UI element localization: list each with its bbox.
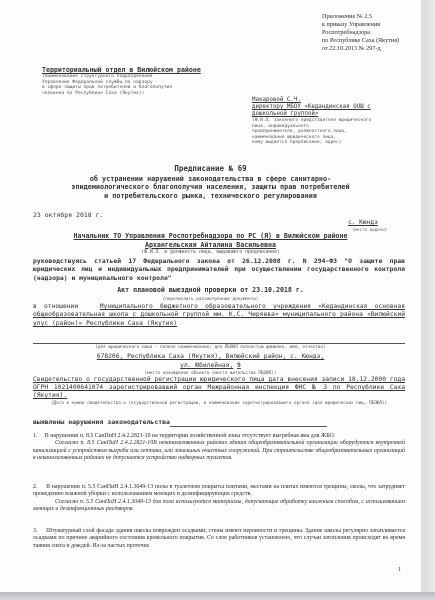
official-note: (Ф.И.О. и должность лица, выдавшего пред… [0, 250, 421, 255]
inspected-entity: в отношении Муниципального бюджетного об… [33, 303, 405, 328]
violation-item: 2. В нарушении п. 5.5 СанПиН 2.4.1.3049-… [33, 484, 405, 513]
recipient-name: Макаровой С.Ч. [252, 97, 371, 104]
document-subtitle: об устранении нарушений законодательства… [0, 175, 421, 200]
certificate-text: Свидетельство о государственной регистра… [33, 376, 405, 399]
recipient-position: директору МБОУ «Кедандинская ООШ с [252, 104, 371, 111]
appendix-line: Роспотребнадзора [322, 29, 399, 37]
appendix-line: к приказу Управления [322, 21, 399, 29]
document-title: Предписание № 69 [0, 164, 421, 173]
legal-basis: руководствуясь статьей 17 Федерального з… [33, 257, 405, 282]
issue-place: с. Кюндэ [348, 219, 378, 226]
issuer-department: Территориальный отдел в Вилюйском районе [42, 66, 201, 74]
document-page: Приложение № 2.5 к приказу Управления Ро… [0, 0, 421, 592]
divider [170, 426, 327, 427]
note-line: в сфере защиты прав потребителей и благо… [42, 85, 172, 91]
violation-text: Штукатурный слой фасада здания школы пов… [33, 528, 405, 549]
certificate-note: (Дата и номер свидетельства о государств… [33, 401, 405, 406]
issuer-department-note: (Наименование структурного подразделения… [42, 74, 172, 96]
inspection-act-note: (перечислить рассмотренные документы) [0, 297, 421, 302]
violation-text: В нарушении п. 8.5 СанПиН 2.4.2.2821-10 … [45, 433, 335, 439]
violation-item: 3. Штукатурный слой фасада здания школы … [33, 528, 405, 550]
scan-edge [421, 0, 435, 600]
recipient-position-cont: дошкольной группой» [252, 111, 371, 118]
violation-item: 1. В нарушении п. 8.5 СанПиН 2.4.2.2821-… [33, 433, 405, 462]
violation-number: 1. [33, 433, 37, 439]
violation-norm: Согласно п. 5.5 СанПиН 2.4.1.3049-13 для… [33, 499, 405, 512]
violation-number: 3. [33, 528, 37, 534]
official-position: Начальник ТО Управления Роспотребнадзора… [74, 232, 348, 240]
appendix-line: по Республике Саха (Якутия) [322, 37, 399, 45]
note-line: человека по Республике Саха (Якутия)) [42, 91, 172, 97]
address-house: 9 [237, 362, 241, 369]
entity-name: Муниципального бюджетного образовательно… [33, 303, 405, 327]
page-number: 1 [398, 567, 401, 573]
divider [33, 343, 405, 344]
recipient-note: (Ф.И.О. законного представителя юридичес… [252, 118, 371, 146]
appendix-block: Приложение № 2.5 к приказу Управления Ро… [322, 13, 399, 53]
address-street: ул. Юбилейная, [180, 362, 233, 369]
note-line: (Ф.И.О. законного представителя юридичес… [252, 118, 371, 124]
inspection-act: Акт плановой выездной проверки от 23.10.… [0, 286, 421, 294]
scan-bottom-edge [0, 592, 435, 600]
violation-text: В нарушении п. 5.5 СанПиН 2.4.1.3049-13 … [33, 484, 405, 497]
note-line: кому выдается предписание; адрес) [252, 140, 371, 146]
recipient-block: Макаровой С.Ч. директору МБОУ «Кедандинс… [252, 97, 371, 118]
registration-certificate: Свидетельство о государственной регистра… [33, 376, 405, 401]
violation-norm: Согласно п. 8.5 СанПиН 2.4.2.2821-10В не… [33, 440, 405, 461]
appendix-line: от 22.10.2013 № 297-д [322, 45, 399, 53]
violation-number: 2. [33, 484, 37, 490]
entity-address: 678206, Республика Саха (Якутия), Вилюйс… [0, 352, 421, 370]
entity-note: (для юридического лица - полное наименов… [0, 345, 421, 350]
issuing-official: Начальник ТО Управления Роспотребнадзора… [0, 232, 421, 250]
official-name: Архангельская Айталина Васильевна [145, 241, 276, 249]
entity-prefix: в отношении [33, 303, 78, 310]
note-line: (Наименование структурного подразделения [42, 74, 172, 80]
appendix-line: Приложение № 2.5 [322, 13, 399, 21]
address-line: 678206, Республика Саха (Якутия), Вилюйс… [97, 353, 324, 360]
issue-date: 23 октября 2018 г. [33, 211, 103, 219]
violations-heading: выявлены нарушения законодательства [33, 418, 170, 426]
